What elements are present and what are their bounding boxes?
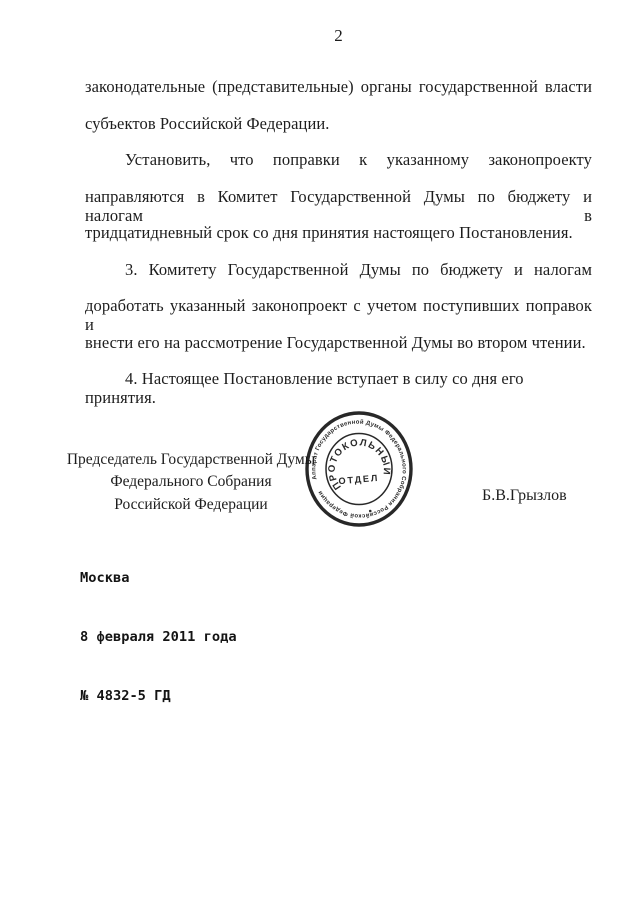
body-line: субъектов Российской Федерации.: [85, 115, 592, 134]
stamp-outer-circle: [307, 413, 411, 525]
signee-name: Б.В.Грызлов: [482, 487, 567, 505]
body-line: внести его на рассмотрение Государственн…: [85, 334, 592, 353]
body-line: 3. Комитету Государственной Думы по бюдж…: [85, 261, 592, 280]
body-line: доработать указанный законопроект с учет…: [85, 297, 592, 335]
footer-date: 8 февраля 2011 года: [80, 628, 237, 648]
stamp-center-text: ОТДЕЛ: [338, 473, 379, 487]
footer-block: Москва 8 февраля 2011 года № 4832-5 ГД: [80, 530, 237, 746]
footer-doc-number: № 4832-5 ГД: [80, 687, 237, 707]
stamp-ring-text: Аппарат Государственной Думы Федеральног…: [302, 409, 416, 528]
signature-title-line: Российской Федерации: [60, 494, 322, 516]
body-line: 4. Настоящее Постановление вступает в си…: [85, 370, 592, 408]
document-page: 2 законодательные (представительные) орг…: [0, 0, 640, 905]
body-line: законодательные (представительные) орган…: [85, 78, 592, 97]
signature-block: Председатель Государственной Думы Федера…: [60, 449, 322, 516]
protocol-stamp: Аппарат Государственной Думы Федеральног…: [302, 408, 416, 528]
body-line: направляются в Комитет Государственной Д…: [85, 188, 592, 226]
body-line: Установить, что поправки к указанному за…: [85, 151, 592, 170]
footer-city: Москва: [80, 569, 237, 589]
page-number: 2: [85, 27, 592, 46]
body-line: тридцатидневный срок со дня принятия нас…: [85, 224, 592, 243]
signature-title-line: Председатель Государственной Думы: [60, 449, 322, 471]
signature-title-line: Федерального Собрания: [60, 471, 322, 493]
